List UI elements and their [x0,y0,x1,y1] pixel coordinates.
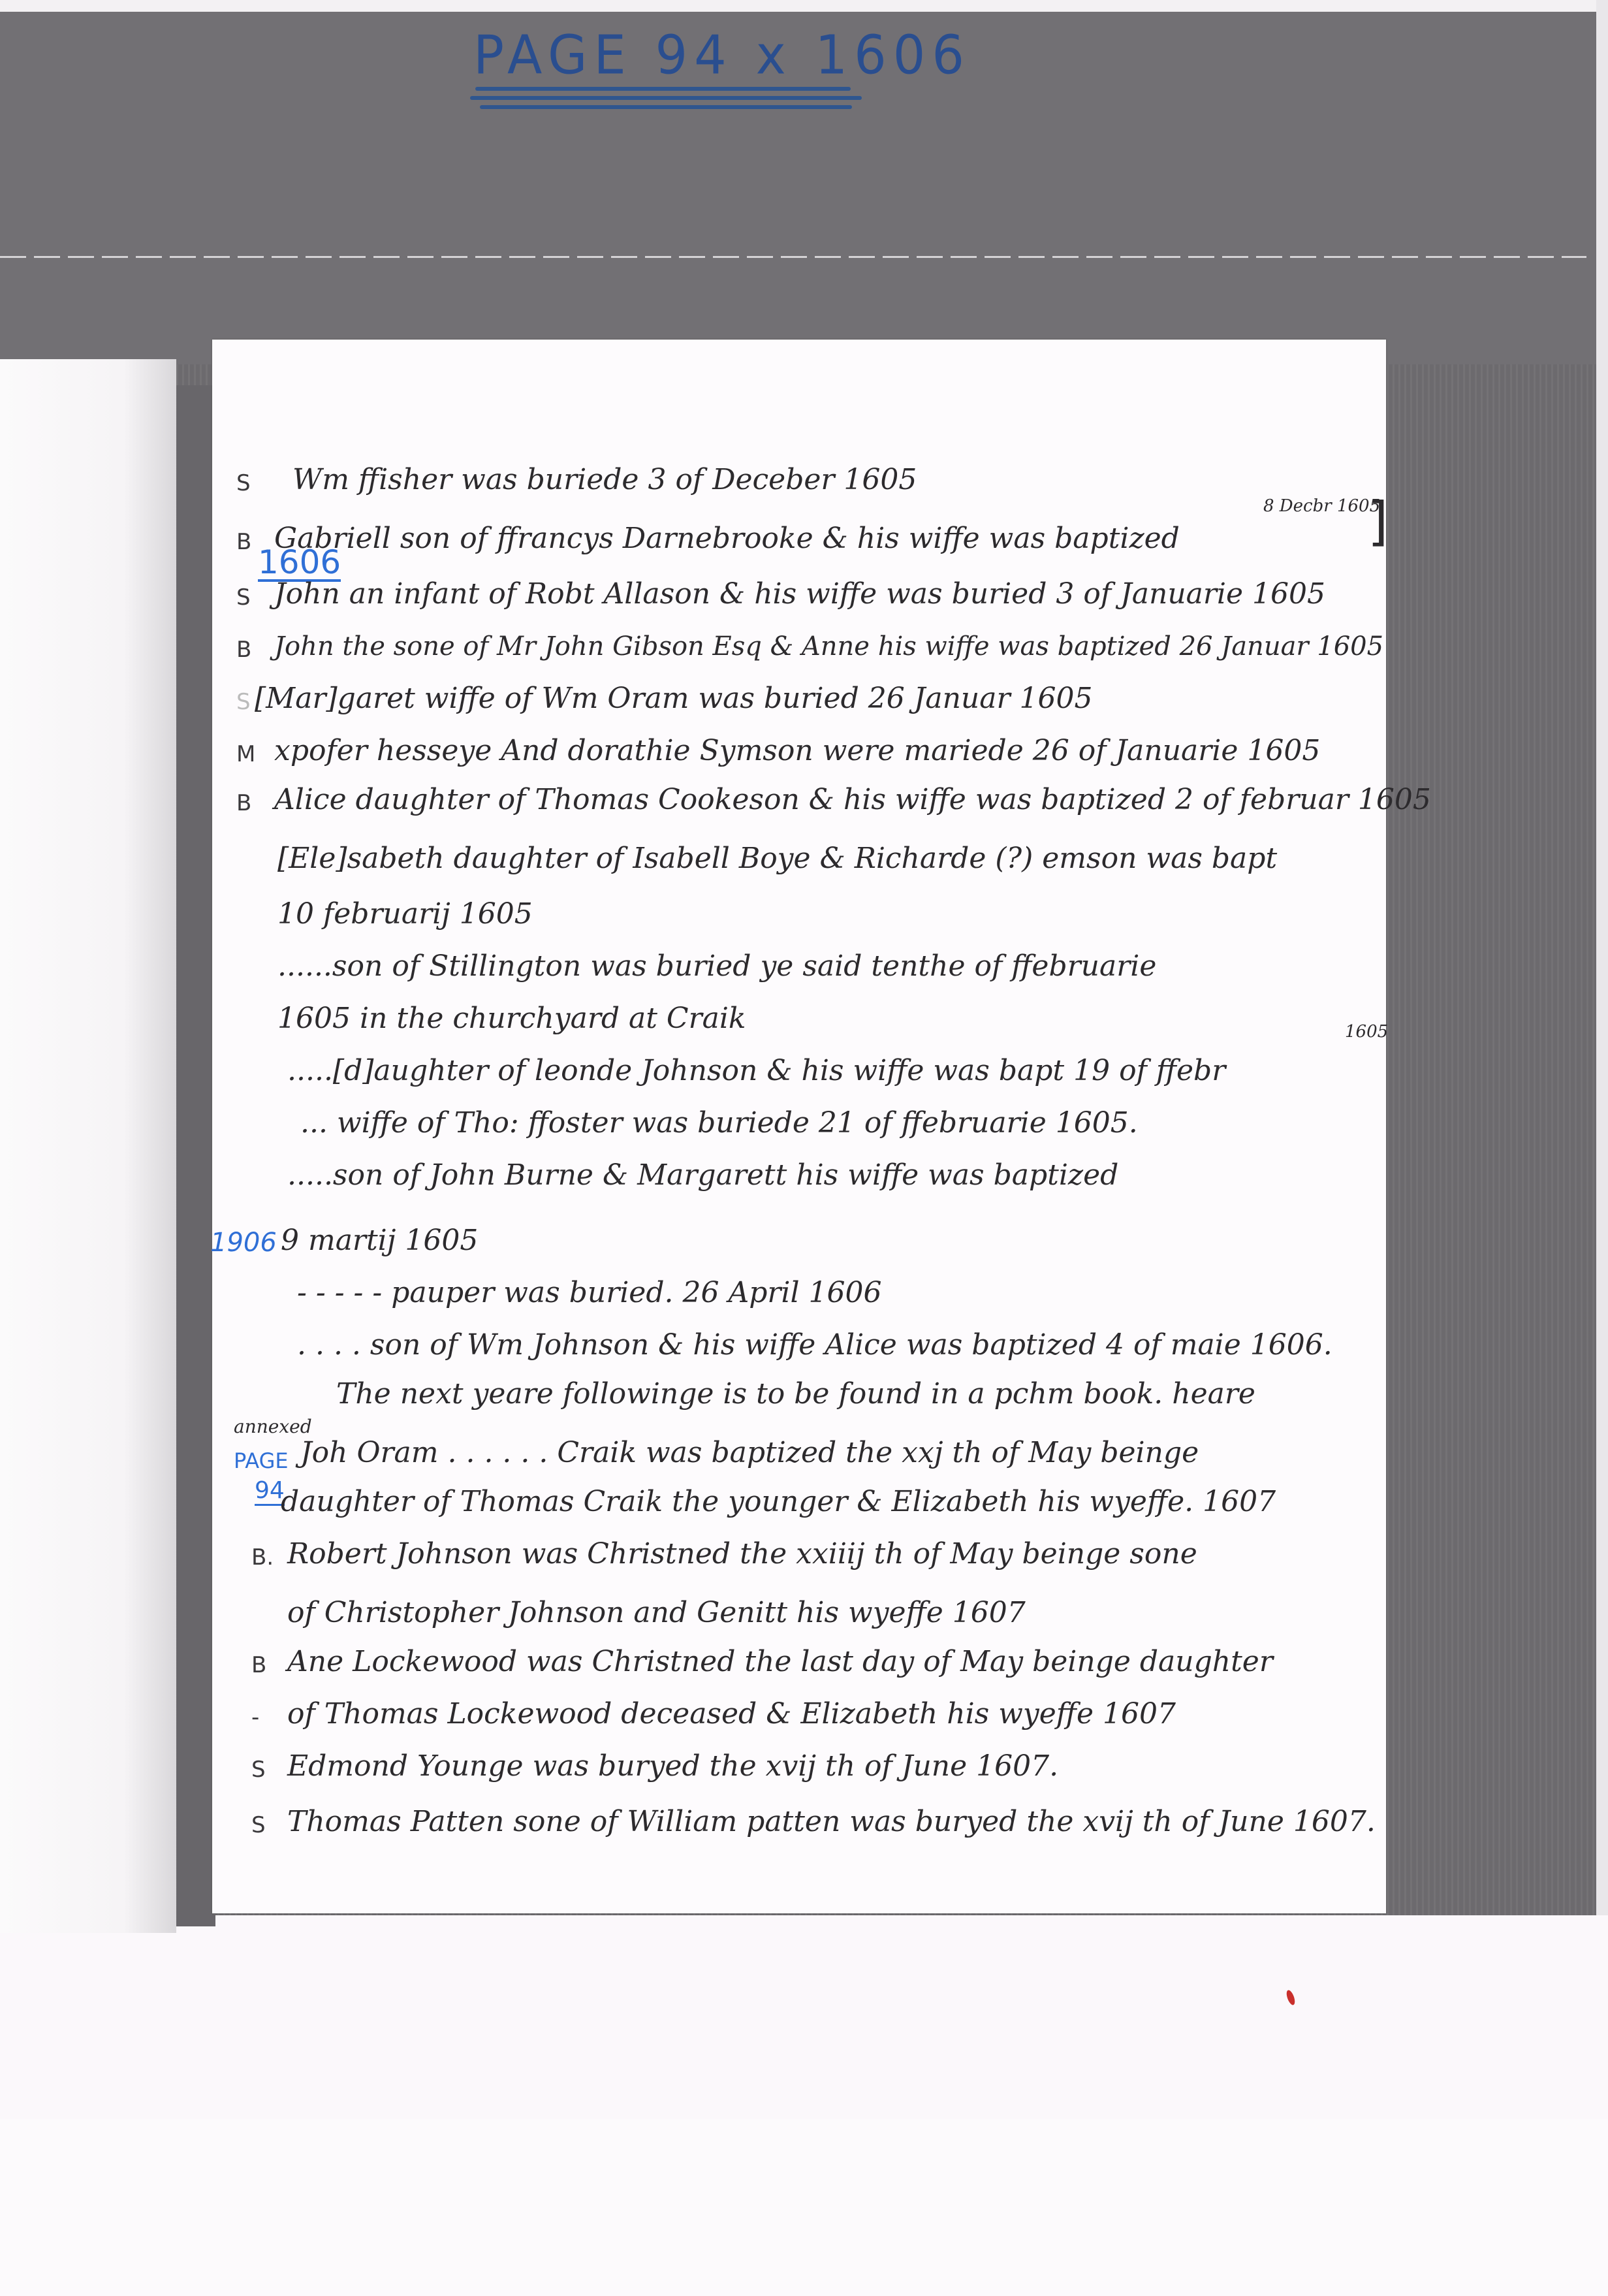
register-entry: ......son of Stillington was buried ye s… [277,947,1156,986]
margin-year-1906: 1906 [210,1228,277,1258]
register-entry: - - - - - pauper was buried. 26 April 16… [297,1273,882,1313]
register-entry: 9 martij 1605 [281,1221,478,1260]
register-entry: The next yeare followinge is to be found… [336,1375,1255,1414]
entry-type-code: B [236,637,251,663]
register-entry: Edmond Younge was buryed the xvij th of … [287,1747,1058,1786]
register-entry: 10 februarij 1605 [277,895,533,934]
entry-type-code: S [236,689,251,715]
register-entry: [Mar]garet wiffe of Wm Oram was buried 2… [255,679,1092,718]
red-mark [1285,1989,1297,2006]
register-entry: Gabriell son of ffrancys Darnebrooke & h… [274,519,1180,558]
register-entry: daughter of Thomas Craik the younger & E… [281,1482,1276,1522]
register-entry: xpofer hesseye And dorathie Symson were … [274,731,1320,771]
register-entry: [Ele]sabeth daughter of Isabell Boye & R… [277,839,1277,878]
register-entry: Robert Johnson was Christned the xxiiij … [287,1535,1197,1574]
bracket-mark: ] [1368,491,1388,552]
register-entry: of Thomas Lockewood deceased & Elizabeth… [287,1695,1176,1734]
register-entry: Thomas Patten sone of William patten was… [287,1802,1376,1842]
register-entry: .....son of John Burne & Margarett his w… [287,1156,1118,1195]
facing-page-left [0,359,176,1933]
margin-page-ref: PAGE [234,1448,289,1473]
register-entry: ... wiffe of Tho: ffoster was buriede 21… [300,1104,1138,1143]
entry-type-code: S [236,584,251,611]
header-underline-3 [480,105,852,109]
header-underline-1 [475,87,851,91]
header-underline-2 [470,96,862,100]
page-reference-header: PAGE 94 x 1606 [473,25,971,87]
register-entry: Joh Oram . . . . . . Craik was baptized … [300,1433,1199,1473]
entry-type-code: B [236,529,251,555]
entry-type-code: S [251,1812,266,1838]
register-entry: of Christopher Johnson and Genitt his wy… [287,1593,1026,1633]
register-entry: .....[d]aughter of leonde Johnson & his … [287,1051,1225,1091]
book-gutter [176,385,215,1926]
scan-bottom-margin [0,2119,1608,2296]
register-entry: Alice daughter of Thomas Cookeson & his … [274,780,1431,820]
register-entry: Wm ffisher was buriede 3 of Deceber 1605 [292,460,917,500]
entry-type-code: S [251,1757,266,1783]
scan-artifact-line [0,256,1586,258]
register-entry: 1605 in the churchyard at Craik [277,999,746,1038]
entry-type-code: M [236,741,255,767]
entry-type-code: - [251,1704,259,1730]
register-entry: . . . . son of Wm Johnson & his wiffe Al… [297,1326,1332,1365]
entry-type-code: B [236,790,251,816]
register-entry: Ane Lockewood was Christned the last day… [287,1642,1273,1682]
margin-page-number: 94 [255,1477,285,1506]
margin-date-note: 8 Decbr 1605 [1263,496,1380,516]
entry-type-code: S [236,470,251,496]
entry-type-code: B. [251,1544,274,1571]
entry-type-code: B [251,1652,266,1678]
register-entry: John an infant of Robt Allason & his wif… [274,575,1325,614]
margin-year-note: 1605 [1345,1022,1388,1042]
scan-right-edge [1596,0,1608,1915]
register-entry: John the sone of Mr John Gibson Esq & An… [274,627,1383,666]
